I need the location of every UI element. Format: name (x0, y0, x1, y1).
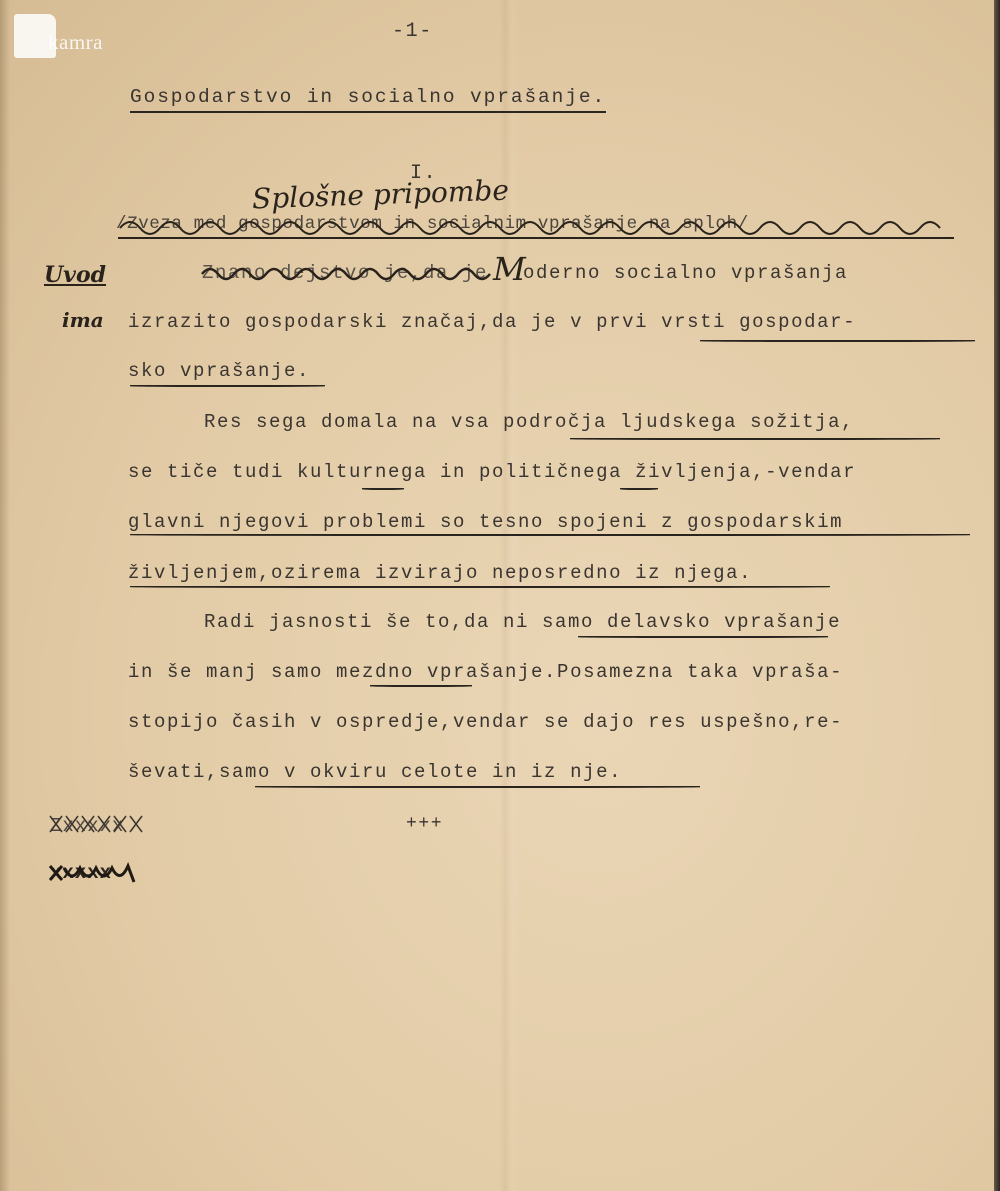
kamra-logo-text: kamra (48, 30, 103, 55)
handwritten-heading: Splošne pripombe (252, 174, 510, 216)
pen-underline (620, 488, 658, 490)
paragraph-line: Res sega domala na vsa področja ljudskeg… (204, 413, 854, 432)
handwritten-insert-m: M (493, 250, 526, 288)
paragraph-line: stopijo časih v ospredje,vendar se dajo … (128, 713, 843, 732)
strike-scribble-icon (118, 212, 958, 242)
document-title: Gospodarstvo in socialno vprašanje. (130, 88, 606, 113)
pen-underline (362, 488, 404, 490)
paragraph-line: izrazito gospodarski značaj,da je v prvi… (128, 313, 856, 332)
pen-underline (130, 586, 830, 588)
paragraph-line: oderno socialno vprašanja (523, 264, 848, 283)
margin-note-uvod: Uvod (44, 262, 106, 288)
strike-scribble-icon (200, 262, 500, 286)
paragraph-line: in še manj samo mezdno vprašanje.Posamez… (128, 663, 843, 682)
margin-note-ima: ima (62, 308, 104, 332)
crossout-scribble-icon (48, 858, 138, 886)
paragraph-line: glavni njegovi problemi so tesno spojeni… (128, 513, 843, 532)
pen-underline (130, 385, 325, 387)
pen-underline (570, 438, 940, 440)
page-edge-shadow (0, 0, 10, 1191)
paragraph-line: ševati,samo v okviru celote in iz nje. (128, 763, 622, 782)
pen-underline (370, 685, 472, 687)
pen-underline (255, 786, 700, 788)
page-number: -1- (392, 22, 433, 42)
paragraph-line: življenjem,ozirema izvirajo neposredno i… (128, 564, 752, 583)
page-edge-dark (994, 0, 1000, 1191)
document-page: kamra -1- Gospodarstvo in socialno vpraš… (0, 0, 1000, 1191)
paragraph-line: sko vprašanje. (128, 362, 310, 381)
pen-underline (130, 534, 970, 536)
pen-underline (578, 636, 828, 638)
kamra-watermark-logo: kamra (14, 12, 114, 62)
paragraph-line: se tiče tudi kulturnega in političnega ž… (128, 463, 856, 482)
paragraph-line: Radi jasnosti še to,da ni samo delavsko … (204, 613, 841, 632)
pen-underline (700, 340, 975, 342)
crossout-scribble-icon (48, 812, 144, 836)
section-separator: +++ (406, 815, 443, 833)
